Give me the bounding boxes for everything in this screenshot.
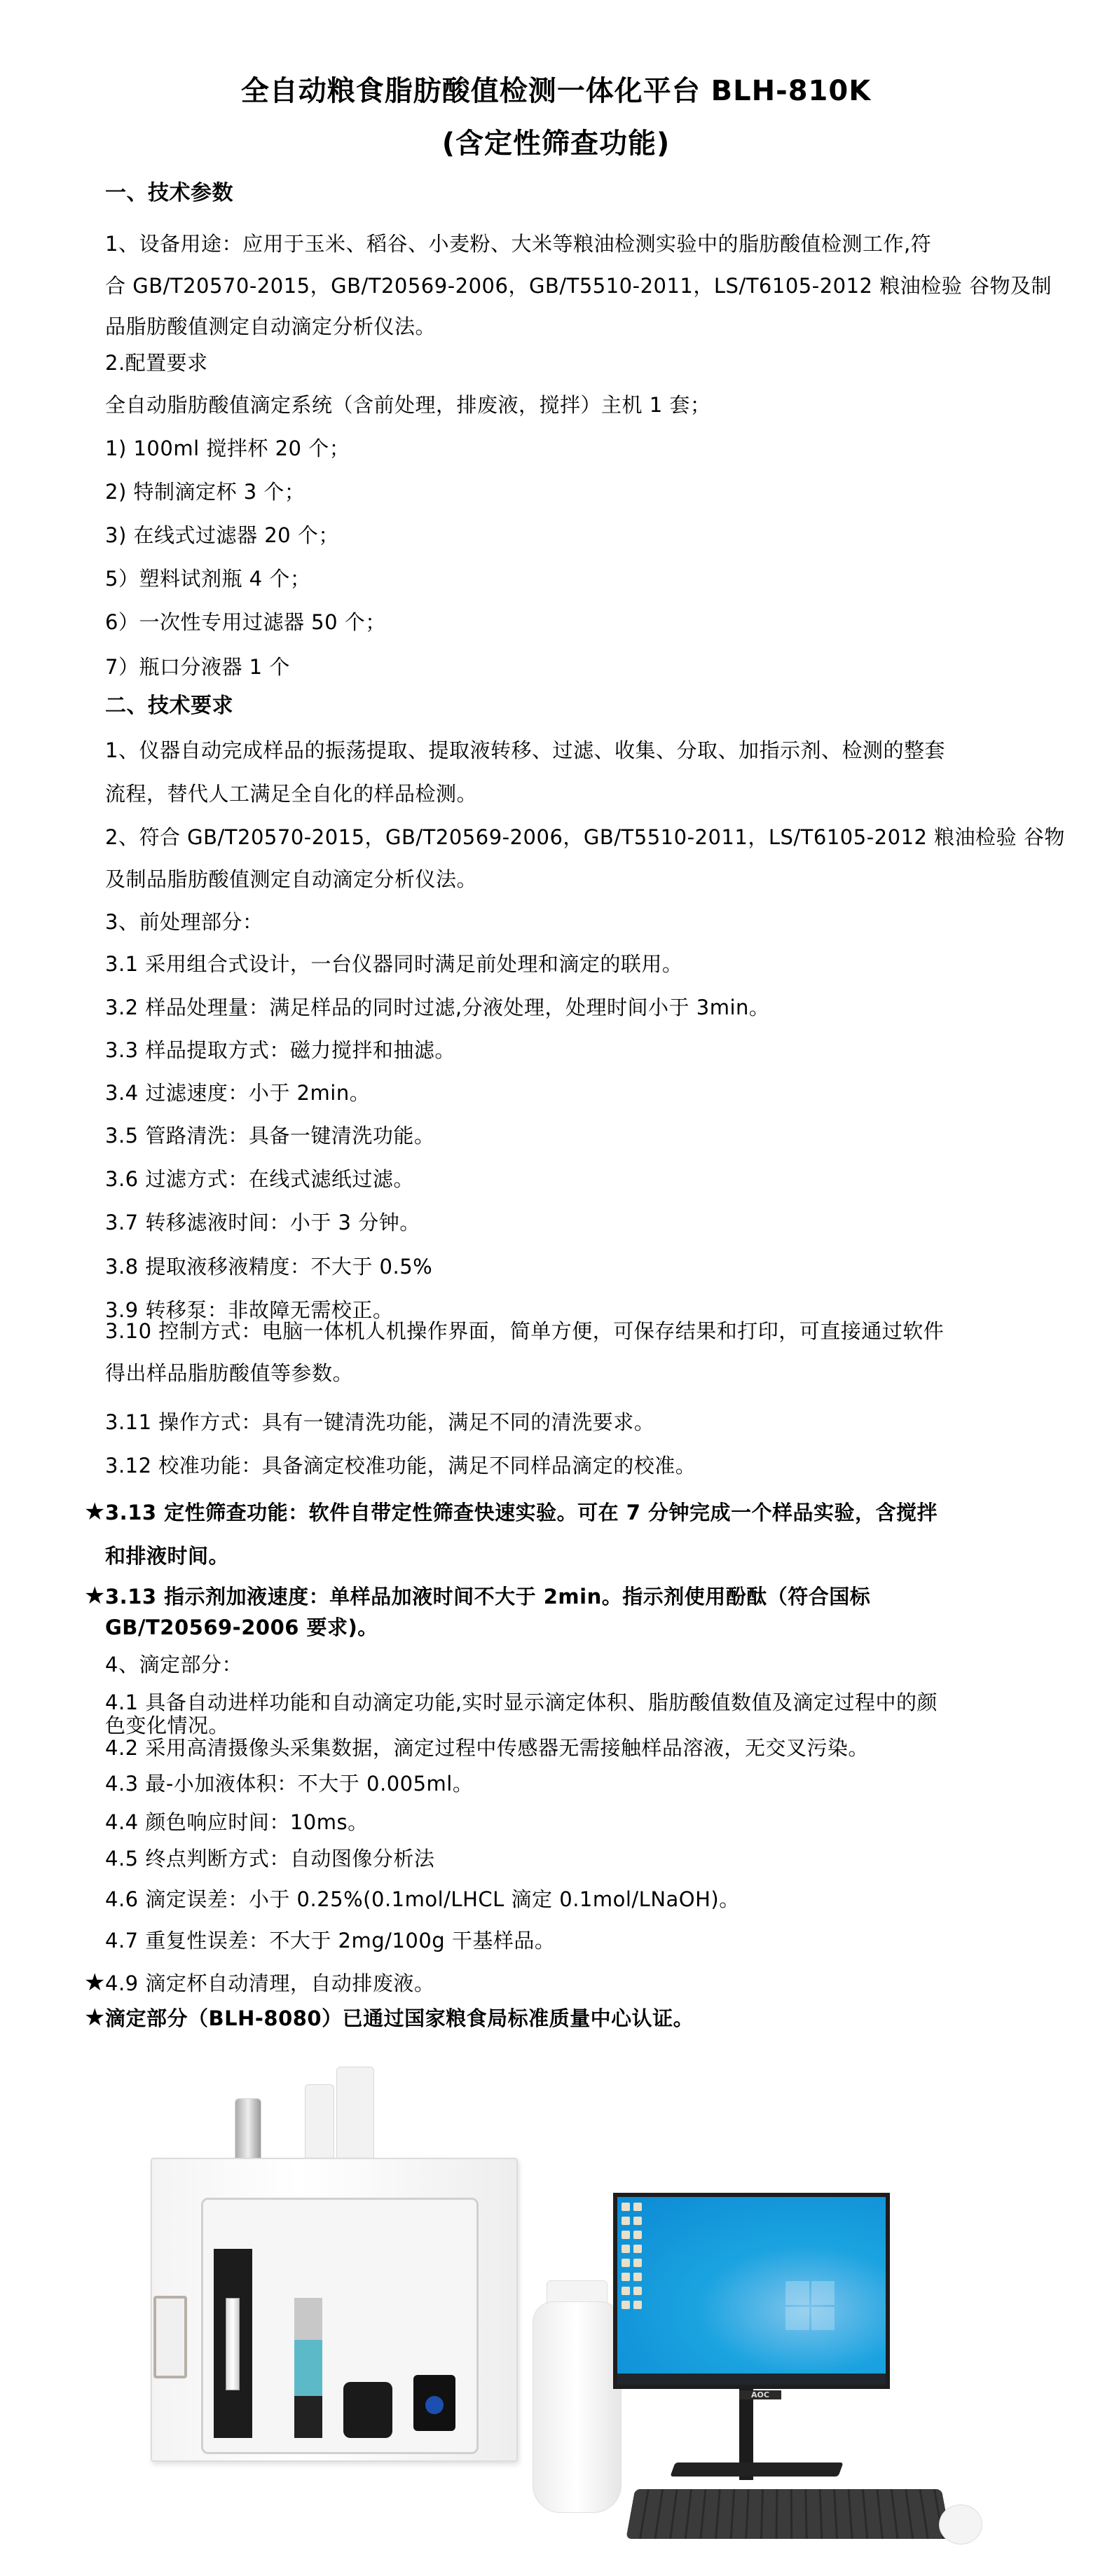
windows-logo-icon (785, 2281, 835, 2330)
mouse (939, 2505, 982, 2544)
waste-bottle (533, 2301, 622, 2513)
pretreatment-heading: 3、前处理部分： (105, 909, 1035, 935)
steel-cylinder (235, 2098, 261, 2163)
purpose-line-1: 1、设备用途：应用于玉米、稻谷、小麦粉、大米等粮油检测实验中的脂肪酸值检测工作,… (105, 231, 1035, 256)
instrument-window (201, 2198, 479, 2454)
spec-3-7: 3.7 转移滤液时间：小于 3 分钟。 (105, 1210, 1035, 1235)
purpose-line-3: 品脂肪酸值测定自动滴定分析仪法。 (105, 314, 1035, 339)
peristaltic-pump (413, 2375, 455, 2431)
config-item: 3) 在线式过滤器 20 个； (105, 523, 1035, 548)
keyboard (626, 2489, 950, 2539)
spec-4-1-line-1: 4.1 具备自动进样功能和自动滴定功能,实时显示滴定体积、脂肪酸值数值及滴定过程… (105, 1690, 1035, 1715)
spec-3-10-line-1: 3.10 控制方式：电脑一体机人机操作界面，简单方便，可保存结果和打印，可直接通… (105, 1318, 1035, 1344)
req1-line-2: 流程，替代人工满足全自化的样品检测。 (105, 781, 1035, 806)
peristaltic-pump (343, 2382, 392, 2438)
spec-4-3: 4.3 最-小加液体积：不大于 0.005ml。 (105, 1771, 1035, 1796)
spec-4-5: 4.5 终点判断方式：自动图像分析法 (105, 1846, 1035, 1871)
spec-4-1-line-2: 色变化情况。 (105, 1713, 1035, 1738)
spec-3-13-indicator-line-1: ★3.13 指示剂加液速度：单样品加液时间不大于 2min。指示剂使用酚酞（符合… (105, 1583, 1035, 1609)
stepper-motor (294, 2298, 322, 2438)
spec-4-4: 4.4 颜色响应时间：10ms。 (105, 1810, 1035, 1835)
desktop-icons (622, 2203, 643, 2309)
certification-note: ★滴定部分（BLH-8080）已通过国家粮食局标准质量中心认证。 (105, 2005, 1035, 2031)
document-subtitle: (含定性筛查功能) (0, 126, 1112, 161)
spec-4-9: ★4.9 滴定杯自动清理，自动排废液。 (105, 1970, 1035, 1996)
config-heading: 2.配置要求 (105, 350, 1035, 376)
star-icon: ★ (84, 2005, 105, 2030)
config-item: 1) 100ml 搅拌杯 20 个； (105, 436, 1035, 461)
reagent-bottle (305, 2084, 334, 2163)
config-item: 6）一次性专用过滤器 50 个； (105, 609, 1035, 635)
spec-3-5: 3.5 管路清洗：具备一键清洗功能。 (105, 1123, 1035, 1148)
star-icon: ★ (84, 1499, 105, 1524)
desktop-screen (617, 2197, 886, 2385)
spec-3-6: 3.6 过滤方式：在线式滤纸过滤。 (105, 1166, 1035, 1192)
star-icon: ★ (84, 1583, 105, 1609)
spec-3-13-indicator-line-2: GB/T20569-2006 要求)。 (105, 1615, 1035, 1640)
titration-instrument (151, 2158, 518, 2462)
config-item: 2) 特制滴定杯 3 个； (105, 479, 1035, 504)
taskbar (617, 2374, 886, 2385)
req2-line-2: 及制品脂肪酸值测定自动滴定分析仪法。 (105, 867, 1035, 892)
config-main: 全自动脂肪酸值滴定系统（含前处理，排废液，搅拌）主机 1 套； (105, 392, 1035, 418)
spec-3-1: 3.1 采用组合式设计，一台仪器同时满足前处理和滴定的联用。 (105, 951, 1035, 977)
spec-3-12: 3.12 校准功能：具备滴定校准功能，满足不同样品滴定的校准。 (105, 1453, 1035, 1478)
reagent-bottle (336, 2067, 374, 2163)
titration-heading: 4、滴定部分： (105, 1652, 1035, 1677)
spec-4-2: 4.2 采用高清摄像头采集数据，滴定过程中传感器无需接触样品溶液，无交叉污染。 (105, 1735, 1035, 1761)
spec-3-11: 3.11 操作方式：具有一键清洗功能，满足不同的清洗要求。 (105, 1410, 1035, 1435)
spec-3-3: 3.3 样品提取方式：磁力搅拌和抽滤。 (105, 1038, 1035, 1063)
spec-3-8: 3.8 提取液移液精度：不大于 0.5% (105, 1254, 1035, 1279)
spec-3-13-screening-line-2: 和排液时间。 (105, 1543, 1035, 1569)
syringe-pump (214, 2249, 252, 2438)
spec-4-7: 4.7 重复性误差：不大于 2mg/100g 干基样品。 (105, 1928, 1035, 1953)
monitor-brand-label: AOC (739, 2390, 781, 2399)
config-item: 7）瓶口分液器 1 个 (105, 654, 1035, 680)
req1-line-1: 1、仪器自动完成样品的振荡提取、提取液转移、过滤、收集、分取、加指示剂、检测的整… (105, 738, 1035, 763)
product-photo: AOC (112, 2067, 1016, 2543)
section-heading-tech-params: 一、技术参数 (105, 181, 1035, 206)
monitor (613, 2193, 890, 2389)
spec-3-2: 3.2 样品处理量：满足样品的同时过滤,分液处理，处理时间小于 3min。 (105, 995, 1035, 1020)
document-title: 全自动粮食脂肪酸值检测一体化平台 BLH-810K (0, 74, 1112, 109)
spec-4-6: 4.6 滴定误差：小于 0.25%(0.1mol/LHCL 滴定 0.1mol/… (105, 1887, 1035, 1912)
spec-3-4: 3.4 过滤速度：小于 2min。 (105, 1080, 1035, 1106)
purpose-line-2: 合 GB/T20570-2015，GB/T20569-2006，GB/T5510… (105, 273, 1035, 298)
star-icon: ★ (84, 1970, 105, 1995)
config-item: 5）塑料试剂瓶 4 个； (105, 566, 1035, 591)
spec-3-13-screening-line-1: ★3.13 定性筛查功能：软件自带定性筛查快速实验。可在 7 分钟完成一个样品实… (105, 1499, 1035, 1525)
door-handle (153, 2296, 187, 2378)
spec-3-10-line-2: 得出样品脂肪酸值等参数。 (105, 1361, 1035, 1386)
section-heading-tech-requirements: 二、技术要求 (105, 694, 1035, 719)
req2-line-1: 2、符合 GB/T20570-2015，GB/T20569-2006，GB/T5… (105, 825, 1035, 850)
